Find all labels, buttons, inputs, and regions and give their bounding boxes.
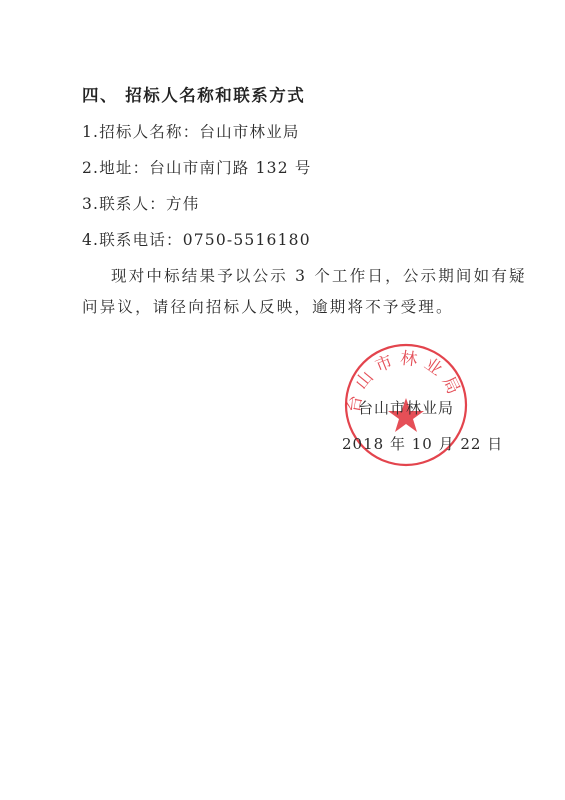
list-item-address: 2.地址：台山市南门路 132 号	[82, 156, 312, 178]
section-heading: 四、 招标人名称和联系方式	[82, 82, 305, 106]
notice-paragraph-line-1: 现对中标结果予以公示 3 个工作日，公示期间如有疑	[111, 264, 527, 286]
signature-organization: 台山市林业局	[358, 397, 454, 418]
list-item-phone: 4.联系电话：0750-5516180	[82, 228, 311, 250]
list-item-tenderer-name: 1.招标人名称：台山市林业局	[82, 120, 300, 142]
notice-paragraph-line-2: 问异议，请径向招标人反映，逾期将不予受理。	[82, 295, 454, 317]
list-item-contact-person: 3.联系人：方伟	[82, 192, 199, 214]
signature-date: 2018 年 10 月 22 日	[342, 433, 503, 454]
